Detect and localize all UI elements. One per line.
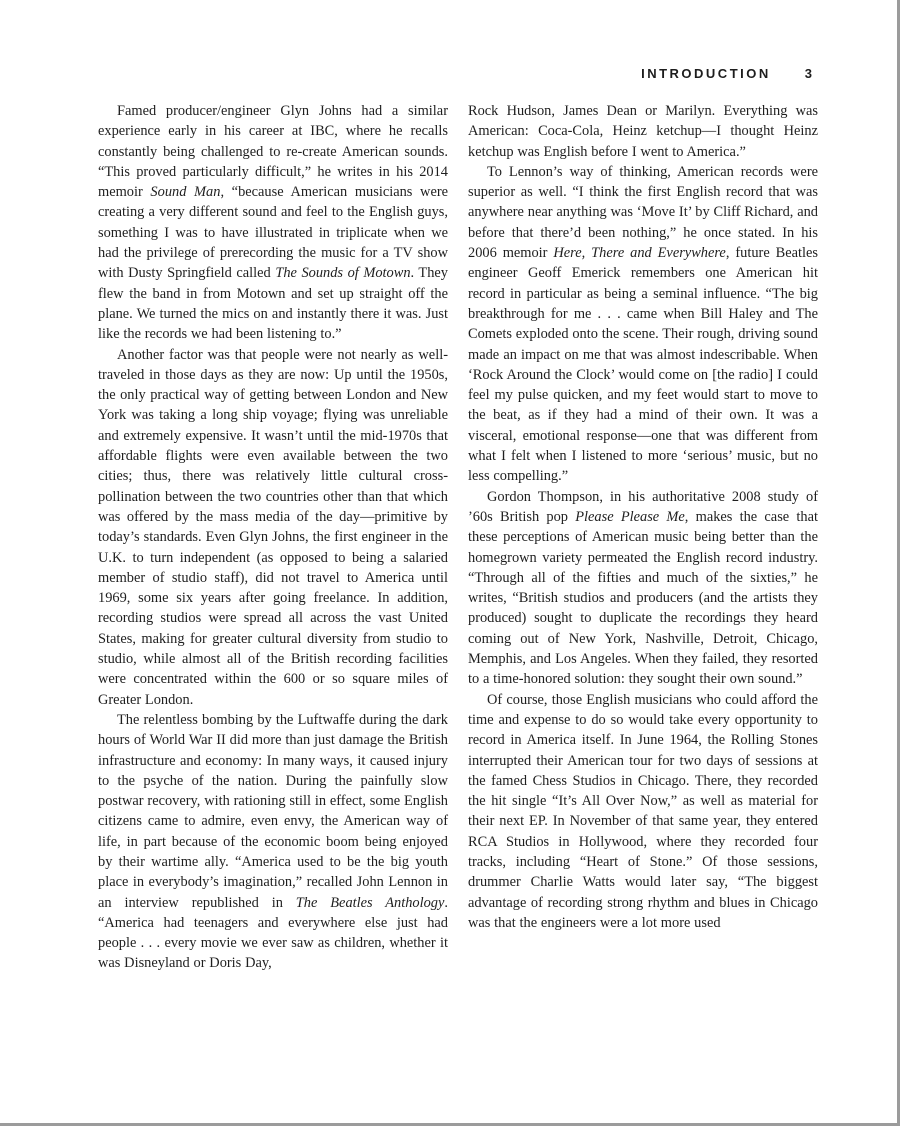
italic-text: The Sounds of Motown	[275, 265, 410, 281]
body-text: Of course, those English musicians who c…	[468, 692, 818, 931]
text-columns: Famed producer/engineer Glyn Johns had a…	[98, 101, 818, 974]
body-text: Another factor was that people were not …	[98, 347, 448, 708]
book-page: INTRODUCTION 3 Famed producer/engineer G…	[0, 0, 900, 1126]
paragraph: Of course, those English musicians who c…	[468, 690, 818, 934]
paragraph: Gordon Thompson, in his authoritative 20…	[468, 487, 818, 690]
paragraph: Another factor was that people were not …	[98, 345, 448, 710]
paragraph: The relentless bombing by the Luftwaffe …	[98, 710, 448, 974]
italic-text: Here, There and Everywhere	[553, 245, 725, 261]
body-text: The relentless bombing by the Luftwaffe …	[98, 712, 448, 911]
section-title: INTRODUCTION	[641, 66, 771, 81]
page-number: 3	[805, 66, 812, 81]
paragraph: Rock Hudson, James Dean or Marilyn. Ever…	[468, 101, 818, 162]
body-text: Rock Hudson, James Dean or Marilyn. Ever…	[468, 103, 818, 160]
body-text: , makes the case that these perceptions …	[468, 509, 818, 687]
italic-text: Please Please Me	[575, 509, 685, 525]
italic-text: The Beatles Anthology	[296, 895, 445, 911]
italic-text: Sound Man	[150, 184, 220, 200]
column-left: Famed producer/engineer Glyn Johns had a…	[98, 101, 448, 974]
paragraph: Famed producer/engineer Glyn Johns had a…	[98, 101, 448, 345]
body-text: , future Beatles engineer Geoff Emerick …	[468, 245, 818, 484]
running-head: INTRODUCTION 3	[98, 66, 812, 81]
paragraph: To Lennon’s way of thinking, American re…	[468, 162, 818, 487]
column-right: Rock Hudson, James Dean or Marilyn. Ever…	[468, 101, 818, 974]
